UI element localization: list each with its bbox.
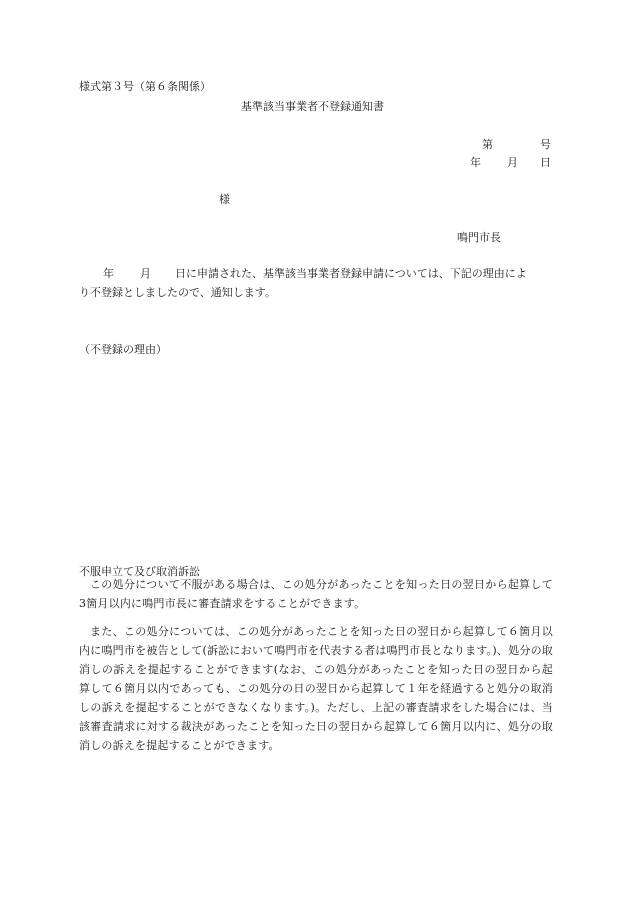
body-text-line2: り不登録としましたので、通知します。 <box>79 286 276 300</box>
body-date-year: 年 <box>103 267 114 281</box>
number-prefix: 第 <box>482 138 493 152</box>
appeal-paragraph-2: また、この処分については、この処分があったことを知った日の翌日から起算して６箇月… <box>79 622 553 755</box>
number-suffix: 号 <box>540 138 551 152</box>
reason-heading: （不登録の理由） <box>79 343 167 357</box>
document-title: 基準該当事業者不登録通知書 <box>241 100 384 114</box>
date-day: 日 <box>540 156 551 170</box>
appeal-paragraph-1: この処分について不服がある場合は、この処分があったことを知った日の翌日から起算し… <box>79 575 553 613</box>
body-text-line1: 日に申請された、基準該当事業者登録申請については、下記の理由によ <box>175 267 527 281</box>
date-year: 年 <box>470 156 481 170</box>
date-month: 月 <box>507 156 518 170</box>
sender-name: 鳴門市長 <box>457 231 501 245</box>
form-label: 様式第３号（第６条関係） <box>79 80 211 94</box>
body-date-month: 月 <box>140 267 151 281</box>
addressee-suffix: 様 <box>219 193 230 207</box>
